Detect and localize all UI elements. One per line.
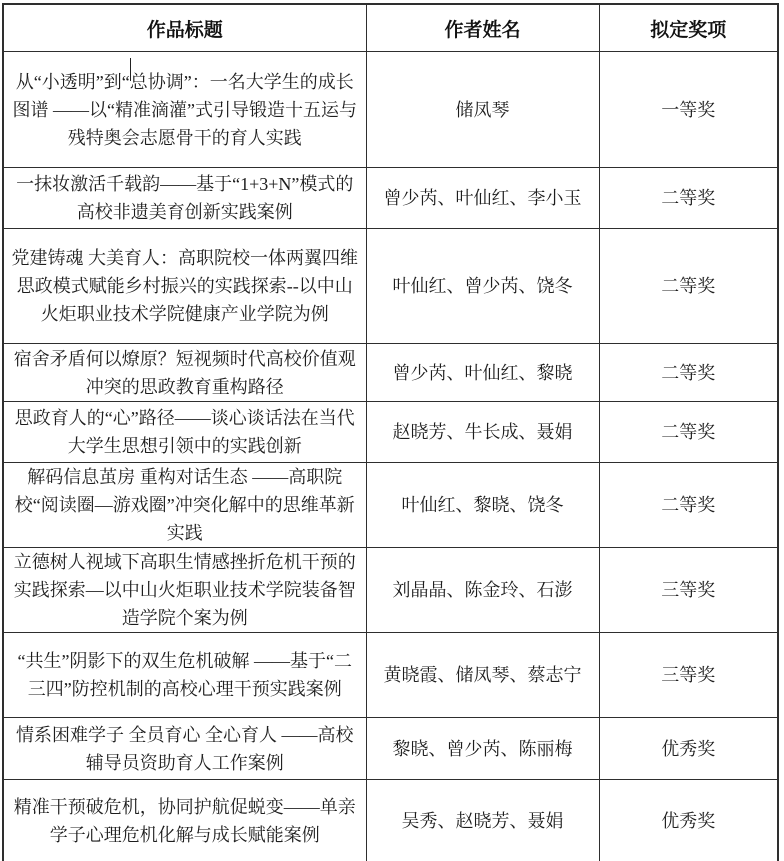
- award-cell: 二等奖: [599, 402, 778, 463]
- award-cell: 二等奖: [599, 168, 778, 229]
- header-proposed-award: 拟定奖项: [599, 4, 778, 52]
- work-title: 宿舍矛盾何以燎原？短视频时代高校价值观冲突的思政教育重构路径: [14, 349, 356, 397]
- header-author-name: 作者姓名: [366, 4, 599, 52]
- table-row: 宿舍矛盾何以燎原？短视频时代高校价值观冲突的思政教育重构路径 曾少芮、叶仙红、黎…: [3, 344, 778, 402]
- document-page: 作品标题 作者姓名 拟定奖项 从“小透明”到“总协调”：一名大学生的成长图谱 —…: [0, 0, 784, 861]
- title-cell: 情系困难学子 全员育心 全心育人 ——高校辅导员资助育人工作案例: [3, 718, 366, 780]
- header-work-title: 作品标题: [3, 4, 366, 52]
- title-cell: “共生”阴影下的双生危机破解 ——基于“二三四”防控机制的高校心理干预实践案例: [3, 633, 366, 718]
- authors-cell: 储凤琴: [366, 52, 599, 168]
- authors-cell: 曾少芮、叶仙红、李小玉: [366, 168, 599, 229]
- header-row: 作品标题 作者姓名 拟定奖项: [3, 4, 778, 52]
- award-cell: 优秀奖: [599, 718, 778, 780]
- work-title: 思政育人的“心”路径——谈心谈话法在当代大学生思想引领中的实践创新: [15, 408, 355, 456]
- title-cell: 一抹妆激活千载韵——基于“1+3+N”模式的高校非遗美育创新实践案例: [3, 168, 366, 229]
- work-title: 情系困难学子 全员育心 全心育人 ——高校辅导员资助育人工作案例: [16, 725, 354, 773]
- title-cell: 立德树人视域下高职生情感挫折危机干预的实践探索—以中山火炬职业技术学院装备智造学…: [3, 548, 366, 633]
- awards-table: 作品标题 作者姓名 拟定奖项 从“小透明”到“总协调”：一名大学生的成长图谱 —…: [2, 3, 779, 861]
- table-row: 情系困难学子 全员育心 全心育人 ——高校辅导员资助育人工作案例 黎晓、曾少芮、…: [3, 718, 778, 780]
- authors-cell: 叶仙红、曾少芮、饶冬: [366, 229, 599, 344]
- authors-cell: 叶仙红、黎晓、饶冬: [366, 463, 599, 548]
- title-cell: 精准干预破危机，协同护航促蜕变——单亲学子心理危机化解与成长赋能案例: [3, 780, 366, 861]
- authors-cell: 黎晓、曾少芮、陈丽梅: [366, 718, 599, 780]
- work-title: 解码信息茧房 重构对话生态 ——高职院校“阅读圈—游戏圈”冲突化解中的思维革新实…: [15, 467, 355, 543]
- table-row: 立德树人视域下高职生情感挫折危机干预的实践探索—以中山火炬职业技术学院装备智造学…: [3, 548, 778, 633]
- award-cell: 二等奖: [599, 463, 778, 548]
- title-cell: 从“小透明”到“总协调”：一名大学生的成长图谱 ——以“精准滴灌”式引导锻造十五…: [3, 52, 366, 168]
- table-row: 思政育人的“心”路径——谈心谈话法在当代大学生思想引领中的实践创新 赵晓芳、牛长…: [3, 402, 778, 463]
- title-cell: 宿舍矛盾何以燎原？短视频时代高校价值观冲突的思政教育重构路径: [3, 344, 366, 402]
- table-row: 精准干预破危机，协同护航促蜕变——单亲学子心理危机化解与成长赋能案例 吴秀、赵晓…: [3, 780, 778, 861]
- title-cell: 党建铸魂 大美育人：高职院校一体两翼四维思政模式赋能乡村振兴的实践探索--以中山…: [3, 229, 366, 344]
- award-cell: 二等奖: [599, 344, 778, 402]
- table-row: 从“小透明”到“总协调”：一名大学生的成长图谱 ——以“精准滴灌”式引导锻造十五…: [3, 52, 778, 168]
- work-title: 党建铸魂 大美育人：高职院校一体两翼四维思政模式赋能乡村振兴的实践探索--以中山…: [12, 248, 359, 324]
- award-cell: 二等奖: [599, 229, 778, 344]
- award-cell: 优秀奖: [599, 780, 778, 861]
- authors-cell: 吴秀、赵晓芳、聂娟: [366, 780, 599, 861]
- work-title: 立德树人视域下高职生情感挫折危机干预的实践探索—以中山火炬职业技术学院装备智造学…: [14, 552, 356, 628]
- text-cursor: [130, 58, 131, 81]
- award-cell: 三等奖: [599, 548, 778, 633]
- authors-cell: 黄晓霞、储凤琴、蔡志宁: [366, 633, 599, 718]
- table-row: 党建铸魂 大美育人：高职院校一体两翼四维思政模式赋能乡村振兴的实践探索--以中山…: [3, 229, 778, 344]
- authors-cell: 刘晶晶、陈金玲、石澎: [366, 548, 599, 633]
- authors-cell: 曾少芮、叶仙红、黎晓: [366, 344, 599, 402]
- title-cell: 解码信息茧房 重构对话生态 ——高职院校“阅读圈—游戏圈”冲突化解中的思维革新实…: [3, 463, 366, 548]
- authors-cell: 赵晓芳、牛长成、聂娟: [366, 402, 599, 463]
- table-row: 一抹妆激活千载韵——基于“1+3+N”模式的高校非遗美育创新实践案例 曾少芮、叶…: [3, 168, 778, 229]
- award-cell: 三等奖: [599, 633, 778, 718]
- table-row: 解码信息茧房 重构对话生态 ——高职院校“阅读圈—游戏圈”冲突化解中的思维革新实…: [3, 463, 778, 548]
- award-cell: 一等奖: [599, 52, 778, 168]
- title-cell: 思政育人的“心”路径——谈心谈话法在当代大学生思想引领中的实践创新: [3, 402, 366, 463]
- work-title: “共生”阴影下的双生危机破解 ——基于“二三四”防控机制的高校心理干预实践案例: [18, 651, 352, 699]
- table-row: “共生”阴影下的双生危机破解 ——基于“二三四”防控机制的高校心理干预实践案例 …: [3, 633, 778, 718]
- work-title: 一抹妆激活千载韵——基于“1+3+N”模式的高校非遗美育创新实践案例: [16, 174, 353, 222]
- work-title: 精准干预破危机，协同护航促蜕变——单亲学子心理危机化解与成长赋能案例: [14, 797, 356, 845]
- work-title: 从“小透明”到“总协调”：一名大学生的成长图谱 ——以“精准滴灌”式引导锻造十五…: [13, 72, 357, 148]
